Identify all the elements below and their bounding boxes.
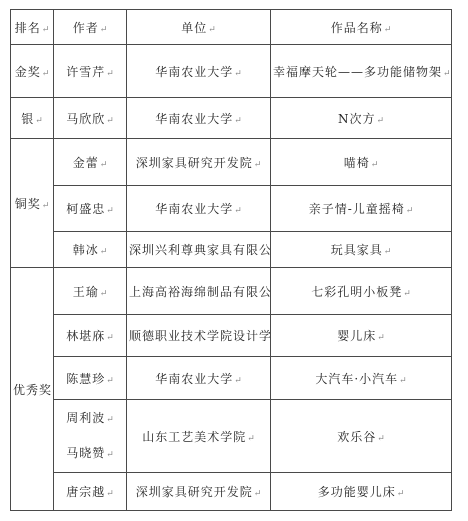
organization-cell: 顺德职业技术学院设计学院↵ — [127, 315, 271, 357]
award-cell: 优秀奖↵ — [11, 268, 54, 511]
table-row: 银↵马欣欣↵华南农业大学↵N次方↵ — [11, 98, 452, 139]
cell-text: 马欣欣 — [66, 112, 105, 126]
table-row: 周利波↵马晓赞↵山东工艺美术学院↵欢乐谷↵ — [11, 400, 452, 473]
cell-text: 多功能婴儿床 — [318, 485, 396, 499]
cell-text: 玩具家具 — [331, 243, 383, 257]
paragraph-mark-icon: ↵ — [384, 25, 392, 35]
author-cell: 周利波↵马晓赞↵ — [54, 400, 127, 473]
paragraph-mark-icon: ↵ — [234, 69, 242, 79]
document-page: 排名↵ 作者↵ 单位↵ 作品名称↵ 金奖↵许雪芹↵华南农业大学↵幸福摩天轮——多… — [0, 0, 468, 521]
cell-text: 山东工艺美术学院 — [142, 430, 246, 444]
cell-text: 银 — [21, 112, 34, 126]
header-label: 作者 — [73, 21, 99, 35]
paragraph-mark-icon: ↵ — [234, 206, 242, 216]
column-header-rank: 排名↵ — [11, 10, 54, 45]
paragraph-mark-icon: ↵ — [106, 489, 114, 499]
table-row: 铜奖↵金蕾↵深圳家具研究开发院↵喵椅↵ — [11, 139, 452, 186]
paragraph-mark-icon: ↵ — [371, 160, 379, 170]
work-name-cell: 喵椅↵ — [271, 139, 452, 186]
table-body: 金奖↵许雪芹↵华南农业大学↵幸福摩天轮——多功能储物架↵银↵马欣欣↵华南农业大学… — [11, 45, 452, 511]
work-name-cell: 幸福摩天轮——多功能储物架↵ — [271, 45, 452, 98]
work-name-cell: 亲子情-儿童摇椅↵ — [271, 186, 452, 232]
paragraph-mark-icon: ↵ — [247, 434, 255, 444]
table-row: 陈慧珍↵华南农业大学↵大汽车·小汽车↵ — [11, 357, 452, 400]
paragraph-mark-icon: ↵ — [42, 201, 50, 211]
cell-text: 金蕾 — [73, 156, 99, 170]
table-row: 优秀奖↵王瑜↵上海高裕海绵制品有限公司↵七彩孔明小板凳↵ — [11, 268, 452, 315]
work-name-cell: 多功能婴儿床↵ — [271, 473, 452, 511]
paragraph-mark-icon: ↵ — [403, 289, 411, 299]
organization-cell: 华南农业大学↵ — [127, 98, 271, 139]
organization-cell: 华南农业大学↵ — [127, 186, 271, 232]
cell-text: 韩冰 — [73, 243, 99, 257]
cell-text: 欢乐谷 — [337, 430, 376, 444]
cell-text: 七彩孔明小板凳 — [311, 285, 402, 299]
author-cell: 林堪庥↵ — [54, 315, 127, 357]
cell-text: 华南农业大学 — [155, 372, 233, 386]
paragraph-mark-icon: ↵ — [376, 116, 384, 126]
column-header-author: 作者↵ — [54, 10, 127, 45]
table-row: 韩冰↵深圳兴利尊典家具有限公司↵玩具家具↵ — [11, 232, 452, 268]
paragraph-mark-icon: ↵ — [106, 376, 114, 386]
award-cell: 金奖↵ — [11, 45, 54, 98]
paragraph-mark-icon: ↵ — [35, 116, 43, 126]
table-row: 柯盛忠↵华南农业大学↵亲子情-儿童摇椅↵ — [11, 186, 452, 232]
work-name-cell: 七彩孔明小板凳↵ — [271, 268, 452, 315]
award-cell: 铜奖↵ — [11, 139, 54, 268]
paragraph-mark-icon: ↵ — [106, 116, 114, 126]
cell-text: 大汽车·小汽车 — [315, 372, 398, 386]
cell-text: 唐宗越 — [66, 485, 105, 499]
cell-text: 深圳兴利尊典家具有限公司 — [129, 243, 271, 257]
column-header-organization: 单位↵ — [127, 10, 271, 45]
award-cell: 银↵ — [11, 98, 54, 139]
table-row: 金奖↵许雪芹↵华南农业大学↵幸福摩天轮——多功能储物架↵ — [11, 45, 452, 98]
organization-cell: 深圳家具研究开发院↵ — [127, 473, 271, 511]
work-name-cell: 玩具家具↵ — [271, 232, 452, 268]
cell-text: 喵椅 — [344, 156, 370, 170]
author-cell: 金蕾↵ — [54, 139, 127, 186]
paragraph-mark-icon: ↵ — [100, 289, 108, 299]
author-cell: 陈慧珍↵ — [54, 357, 127, 400]
cell-text: 金奖 — [15, 65, 41, 79]
paragraph-mark-icon: ↵ — [208, 25, 216, 35]
paragraph-mark-icon: ↵ — [384, 247, 392, 257]
work-name-cell: 婴儿床↵ — [271, 315, 452, 357]
work-name-cell: N次方↵ — [271, 98, 452, 139]
paragraph-mark-icon: ↵ — [254, 160, 262, 170]
awards-table: 排名↵ 作者↵ 单位↵ 作品名称↵ 金奖↵许雪芹↵华南农业大学↵幸福摩天轮——多… — [10, 9, 452, 511]
cell-text: 优秀奖 — [13, 383, 52, 397]
cell-text: 华南农业大学 — [155, 202, 233, 216]
cell-text: 林堪庥 — [66, 329, 105, 343]
work-name-cell: 大汽车·小汽车↵ — [271, 357, 452, 400]
paragraph-mark-icon: ↵ — [106, 450, 114, 460]
organization-cell: 上海高裕海绵制品有限公司↵ — [127, 268, 271, 315]
organization-cell: 华南农业大学↵ — [127, 357, 271, 400]
cell-text: 许雪芹 — [66, 65, 105, 79]
cell-text: 周利波 — [66, 411, 105, 425]
paragraph-mark-icon: ↵ — [254, 489, 262, 499]
paragraph-mark-icon: ↵ — [100, 247, 108, 257]
author-cell: 柯盛忠↵ — [54, 186, 127, 232]
paragraph-mark-icon: ↵ — [406, 206, 414, 216]
paragraph-mark-icon: ↵ — [42, 69, 50, 79]
cell-text: 亲子情-儿童摇椅 — [309, 202, 405, 216]
paragraph-mark-icon: ↵ — [106, 333, 114, 343]
table-row: 唐宗越↵深圳家具研究开发院↵多功能婴儿床↵ — [11, 473, 452, 511]
paragraph-mark-icon: ↵ — [106, 415, 114, 425]
paragraph-mark-icon: ↵ — [100, 25, 108, 35]
work-name-cell: 欢乐谷↵ — [271, 400, 452, 473]
header-row: 排名↵ 作者↵ 单位↵ 作品名称↵ — [11, 10, 452, 45]
cell-text: 华南农业大学 — [155, 112, 233, 126]
paragraph-mark-icon: ↵ — [399, 376, 407, 386]
table-row: 林堪庥↵顺德职业技术学院设计学院↵婴儿床↵ — [11, 315, 452, 357]
author-line: 马晓赞↵ — [56, 447, 124, 460]
author-cell: 韩冰↵ — [54, 232, 127, 268]
paragraph-mark-icon: ↵ — [106, 206, 114, 216]
paragraph-mark-icon: ↵ — [234, 116, 242, 126]
header-label: 作品名称 — [331, 21, 383, 35]
paragraph-mark-icon: ↵ — [100, 160, 108, 170]
cell-text: 华南农业大学 — [155, 65, 233, 79]
cell-text: 顺德职业技术学院设计学院 — [129, 329, 271, 343]
author-cell: 王瑜↵ — [54, 268, 127, 315]
cell-text: 铜奖 — [15, 197, 41, 211]
cell-text: 王瑜 — [73, 285, 99, 299]
header-label: 排名 — [15, 21, 41, 35]
cell-text: 柯盛忠 — [66, 202, 105, 216]
author-cell: 许雪芹↵ — [54, 45, 127, 98]
organization-cell: 华南农业大学↵ — [127, 45, 271, 98]
paragraph-mark-icon: ↵ — [106, 69, 114, 79]
cell-text: 深圳家具研究开发院 — [136, 485, 253, 499]
organization-cell: 山东工艺美术学院↵ — [127, 400, 271, 473]
organization-cell: 深圳兴利尊典家具有限公司↵ — [127, 232, 271, 268]
cell-text: 马晓赞 — [66, 446, 105, 460]
cell-text: 婴儿床 — [337, 329, 376, 343]
paragraph-mark-icon: ↵ — [377, 434, 385, 444]
paragraph-mark-icon: ↵ — [443, 69, 451, 79]
cell-text: 上海高裕海绵制品有限公司 — [129, 285, 271, 299]
paragraph-mark-icon: ↵ — [42, 25, 50, 35]
organization-cell: 深圳家具研究开发院↵ — [127, 139, 271, 186]
author-cell: 马欣欣↵ — [54, 98, 127, 139]
cell-text: N次方 — [338, 112, 376, 126]
paragraph-mark-icon: ↵ — [377, 333, 385, 343]
header-label: 单位 — [181, 21, 207, 35]
cell-text: 陈慧珍 — [66, 372, 105, 386]
cell-text: 深圳家具研究开发院 — [136, 156, 253, 170]
author-cell: 唐宗越↵ — [54, 473, 127, 511]
author-line: 周利波↵ — [56, 412, 124, 425]
paragraph-mark-icon: ↵ — [234, 376, 242, 386]
column-header-work-name: 作品名称↵ — [271, 10, 452, 45]
cell-text: 幸福摩天轮——多功能储物架 — [273, 65, 442, 79]
paragraph-mark-icon: ↵ — [397, 489, 405, 499]
